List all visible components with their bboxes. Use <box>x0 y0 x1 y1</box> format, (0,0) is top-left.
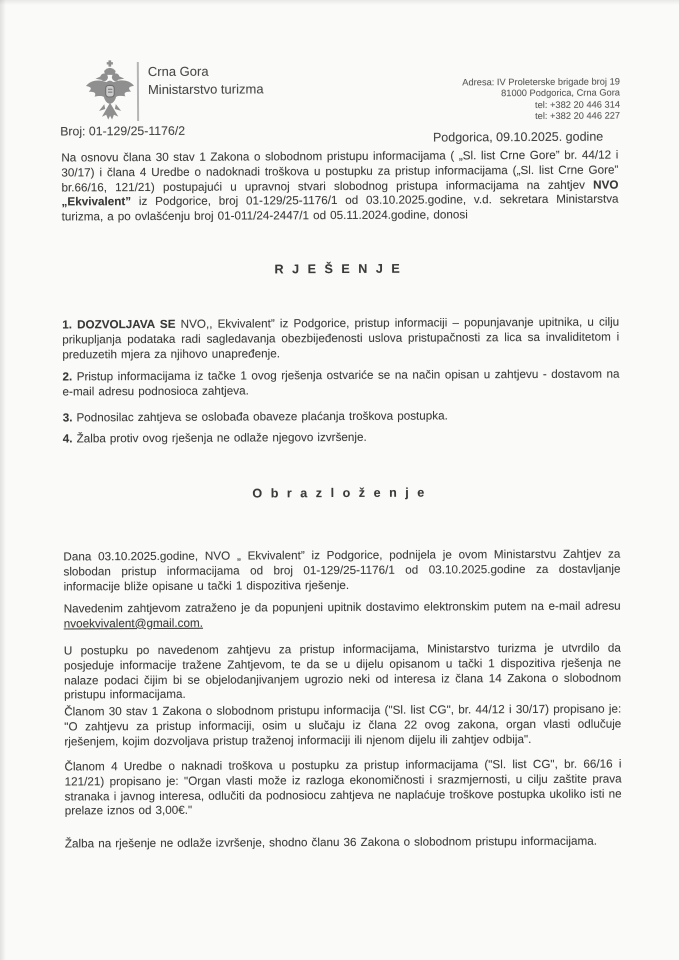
reasoning-heading: O b r a z l o ž e n j e <box>0 484 679 502</box>
address-line: tel: +382 20 446 227 <box>462 111 620 123</box>
decision-item-3: 3. Podnosilac zahtjeva se oslobađa obave… <box>63 409 620 427</box>
decision-item-3-lead: 3. <box>63 411 73 424</box>
montenegro-coat-of-arms-icon <box>85 59 135 128</box>
decision-title: R J E Š E N J E <box>0 260 678 278</box>
place-and-date: Podgorica, 09.10.2025. godine <box>0 130 603 147</box>
org-block: Crna Gora Ministarstvo turizma <box>148 62 264 98</box>
reasoning-paragraph-1: Dana 03.10.2025.godine, NVO „ Ekvivalent… <box>63 548 620 595</box>
decision-item-1-lead: 1. DOZVOLJAVA SE <box>62 318 175 332</box>
address-line: 81000 Podgorica, Crna Gora <box>462 88 620 100</box>
intro-paragraph: Na osnovu člana 30 stav 1 Zakona o slobo… <box>61 149 618 226</box>
reasoning-paragraph-2-text: Navedenim zahtjevom zatraženo je da popu… <box>64 600 621 616</box>
decision-item-1: 1. DOZVOLJAVA SE NVO,, Ekvivalent” iz Po… <box>62 316 619 363</box>
org-ministry: Ministarstvo turizma <box>148 80 264 98</box>
decision-item-2-lead: 2. <box>62 370 72 383</box>
decision-item-4-lead: 4. <box>63 432 73 445</box>
intro-text-post: iz Podgorice, broj 01-129/25-1176/1 od 0… <box>62 193 619 224</box>
reasoning-paragraph-2: Navedenim zahtjevom zatraženo je da popu… <box>64 600 621 633</box>
intro-text-pre: Na osnovu člana 30 stav 1 Zakona o slobo… <box>61 149 618 195</box>
address-line: Adresa: IV Proleterske brigade broj 19 <box>462 77 620 89</box>
decision-item-2: 2. Pristup informacijama iz tačke 1 ovog… <box>62 368 619 401</box>
document-page: Crna Gora Ministarstvo turizma Adresa: I… <box>0 0 679 960</box>
address-line: tel: +382 20 446 314 <box>462 99 620 111</box>
reasoning-paragraph-4: Članom 30 stav 1 Zakona o slobodnom pris… <box>64 703 621 750</box>
org-country: Crna Gora <box>148 62 264 80</box>
email-address: nvoekvivalent@gmail.com. <box>64 617 203 631</box>
decision-item-2-text: Pristup informacijama iz tačke 1 ovog rj… <box>63 368 620 399</box>
header-divider <box>137 62 139 121</box>
decision-item-4-text: Žalba protiv ovog rješenja ne odlaže nje… <box>72 431 366 446</box>
decision-item-4: 4. Žalba protiv ovog rješenja ne odlaže … <box>63 430 620 448</box>
address-block: Adresa: IV Proleterske brigade broj 19 8… <box>462 77 620 123</box>
reasoning-paragraph-5: Članom 4 Uredbe o naknadi troškova u pos… <box>64 758 621 820</box>
reasoning-paragraph-6: Žalba na rješenje ne odlaže izvršenje, s… <box>65 835 622 853</box>
reasoning-paragraph-3: U postupku po navedenom zahtjevu za pris… <box>64 642 621 704</box>
scanned-document: Crna Gora Ministarstvo turizma Adresa: I… <box>0 0 679 960</box>
decision-item-3-text: Podnosilac zahtjeva se oslobađa obaveze … <box>72 409 448 424</box>
